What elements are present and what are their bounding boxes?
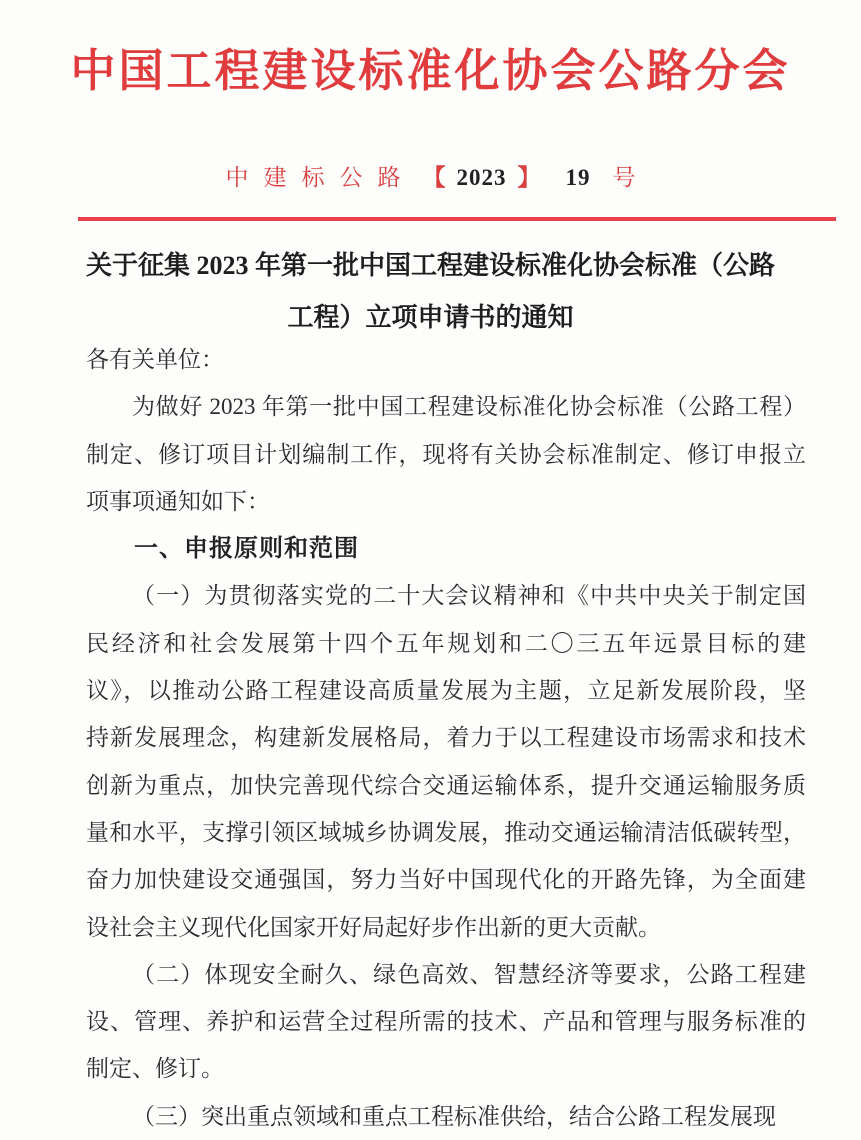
text-line: 设、管理、养护和运营全过程所需的技术、产品和管理与服务标准的 [86, 998, 806, 1045]
document-number-issuer: 中建标公路 [226, 165, 416, 190]
document-number-line: 中建标公路【2023】19号 [0, 160, 861, 196]
text-line: 议》，以推动公路工程建设高质量发展为主题，立足新发展阶段，坚 [86, 667, 806, 714]
section-1-item-3-paragraph: （三）突出重点领域和重点工程标准供给，结合公路工程发展现 [86, 1093, 806, 1140]
letterhead-org-name: 中国工程建设标准化协会公路分会 [0, 36, 861, 106]
text-line: 制定、修订项目计划编制工作，现将有关协会标准制定、修订申报立 [86, 431, 806, 478]
document-number-serial: 19 [566, 165, 591, 190]
document-number-year: 2023 [457, 165, 507, 190]
text-line: （三）突出重点领域和重点工程标准供给，结合公路工程发展现 [86, 1093, 806, 1140]
section-1-item-1-paragraph: （一）为贯彻落实党的二十大会议精神和《中共中央关于制定国民经济和社会发展第十四个… [86, 572, 806, 950]
document-number-suffix: 号 [613, 165, 636, 190]
text-line: 奋力加快建设交通强国，努力当好中国现代化的开路先锋，为全面建 [86, 856, 806, 903]
document-page: 中国工程建设标准化协会公路分会 中建标公路【2023】19号 关于征集 2023… [0, 0, 861, 1140]
text-line: 量和水平，支撑引领区域城乡协调发展，推动交通运输清洁低碳转型， [86, 809, 806, 856]
document-body: 各有关单位： 为做好 2023 年第一批中国工程建设标准化协会标准（公路工程）制… [86, 336, 806, 1140]
text-line: 为做好 2023 年第一批中国工程建设标准化协会标准（公路工程） [86, 383, 806, 430]
red-divider-line [78, 217, 836, 221]
text-line: 项事项通知如下： [86, 478, 806, 525]
document-title: 关于征集 2023 年第一批中国工程建设标准化协会标准（公路工程）立项申请书的通… [40, 240, 821, 344]
section-1-item-2-paragraph: （二）体现安全耐久、绿色高效、智慧经济等要求，公路工程建设、管理、养护和运营全过… [86, 951, 806, 1093]
document-number-bracket-open: 【 [423, 165, 446, 190]
text-line: 持新发展理念，构建新发展格局，着力于以工程建设市场需求和技术 [86, 714, 806, 761]
text-line: （一）为贯彻落实党的二十大会议精神和《中共中央关于制定国 [86, 572, 806, 619]
text-line: 关于征集 2023 年第一批中国工程建设标准化协会标准（公路 [40, 240, 821, 292]
section-1-heading: 一、申报原则和范围 [86, 525, 806, 572]
salutation: 各有关单位： [86, 336, 806, 383]
text-line: （二）体现安全耐久、绿色高效、智慧经济等要求，公路工程建 [86, 951, 806, 998]
text-line: 制定、修订。 [86, 1045, 806, 1092]
text-line: 民经济和社会发展第十四个五年规划和二〇三五年远景目标的建 [86, 620, 806, 667]
document-number-bracket-close: 】 [518, 165, 541, 190]
intro-paragraph: 为做好 2023 年第一批中国工程建设标准化协会标准（公路工程）制定、修订项目计… [86, 383, 806, 525]
text-line: 创新为重点，加快完善现代综合交通运输体系，提升交通运输服务质 [86, 762, 806, 809]
text-line: 设社会主义现代化国家开好局起好步作出新的更大贡献。 [86, 904, 806, 951]
